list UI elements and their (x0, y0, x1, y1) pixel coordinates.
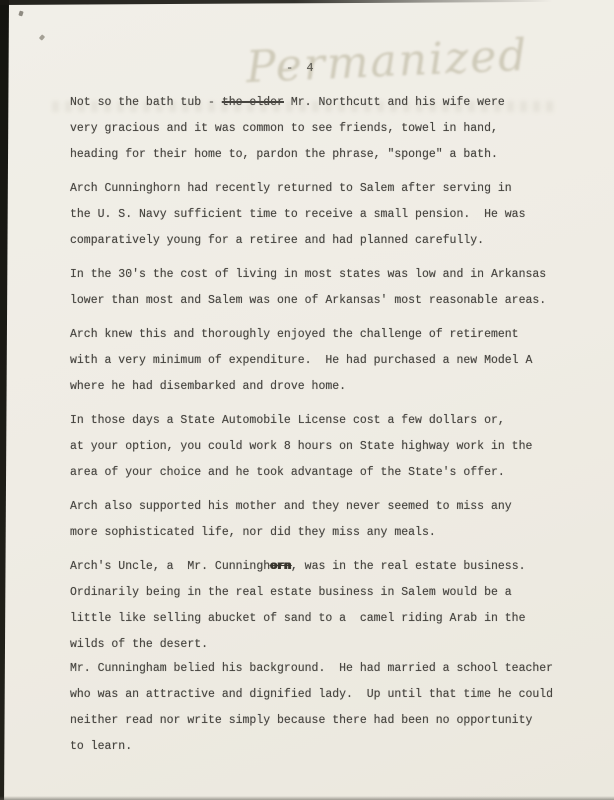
scan-edge-left (0, 0, 9, 800)
text-line: Arch Cunninghorn had recently returned t… (70, 176, 600, 202)
text-line: little like selling abucket of sand to a… (70, 606, 600, 632)
text-line: more sophisticated life, nor did they mi… (70, 520, 600, 546)
text-line: at your option, you could work 8 hours o… (70, 434, 600, 460)
scan-edge-top (0, 0, 614, 5)
document-page: Permanized - 4 Not so the bath tub - the… (0, 0, 614, 800)
text-line: very gracious and it was common to see f… (70, 116, 600, 142)
text-line: Not so the bath tub - the elder Mr. Nort… (70, 90, 600, 116)
text-line: Mr. Cunningham belied his background. He… (70, 656, 600, 682)
text-segment: , was in the real estate business. (291, 560, 526, 573)
text-line: Arch's Uncle, a Mr. Cunninghorn, was in … (70, 554, 600, 580)
text-segment: where he had disembarked and drove home. (70, 380, 346, 393)
struck-text: the elder (222, 96, 284, 109)
paragraph: Arch Cunninghorn had recently returned t… (70, 176, 600, 254)
text-segment: In those days a State Automobile License… (70, 414, 505, 427)
text-line: neither read nor write simply because th… (70, 708, 600, 734)
text-segment: at your option, you could work 8 hours o… (70, 440, 532, 453)
scan-speck (39, 34, 45, 40)
text-segment: little like selling abucket of sand to a… (70, 612, 525, 625)
text-segment: heading for their home to, pardon the ph… (70, 148, 498, 161)
scan-edge-bottom (0, 796, 614, 800)
paragraph: Arch's Uncle, a Mr. Cunninghorn, was in … (70, 554, 600, 658)
text-line: who was an attractive and dignified lady… (70, 682, 600, 708)
text-segment: Arch's Uncle, a Mr. Cunningh (70, 560, 270, 573)
text-segment: Mr. Cunningham belied his background. He… (70, 662, 553, 675)
paragraph: Mr. Cunningham belied his background. He… (70, 656, 600, 760)
text-line: with a very minimum of expenditure. He h… (70, 348, 600, 374)
text-segment: Arch knew this and thoroughly enjoyed th… (70, 328, 519, 341)
text-segment: wilds of the desert. (70, 638, 208, 651)
text-segment: very gracious and it was common to see f… (70, 122, 498, 135)
document-body: Not so the bath tub - the elder Mr. Nort… (70, 90, 600, 768)
paragraph: Not so the bath tub - the elder Mr. Nort… (70, 90, 600, 168)
text-segment: Mr. Northcutt and his wife were (284, 96, 505, 109)
text-segment: lower than most and Salem was one of Ark… (70, 294, 546, 307)
text-line: to learn. (70, 734, 600, 760)
paragraph: Arch also supported his mother and they … (70, 494, 600, 546)
text-segment: comparatively young for a retiree and ha… (70, 234, 484, 247)
text-line: In those days a State Automobile License… (70, 408, 600, 434)
paragraph: Arch knew this and thoroughly enjoyed th… (70, 322, 600, 400)
text-line: Arch knew this and thoroughly enjoyed th… (70, 322, 600, 348)
overstruck-text: orn (270, 560, 291, 573)
scan-speck (18, 11, 23, 17)
text-segment: Not so the bath tub - (70, 96, 222, 109)
text-line: lower than most and Salem was one of Ark… (70, 288, 600, 314)
text-line: In the 30's the cost of living in most s… (70, 262, 600, 288)
text-segment: area of your choice and he took advantag… (70, 466, 505, 479)
paragraph: In those days a State Automobile License… (70, 408, 600, 486)
text-line: area of your choice and he took advantag… (70, 460, 600, 486)
text-segment: Ordinarily being in the real estate busi… (70, 586, 512, 599)
page-number: - 4 (286, 61, 317, 75)
text-segment: In the 30's the cost of living in most s… (70, 268, 546, 281)
text-segment: Arch also supported his mother and they … (70, 500, 512, 513)
text-segment: Arch Cunninghorn had recently returned t… (70, 182, 512, 195)
paragraph: In the 30's the cost of living in most s… (70, 262, 600, 314)
text-segment: with a very minimum of expenditure. He h… (70, 354, 532, 367)
text-line: the U. S. Navy sufficient time to receiv… (70, 202, 600, 228)
text-segment: neither read nor write simply because th… (70, 714, 532, 727)
text-segment: more sophisticated life, nor did they mi… (70, 526, 436, 539)
text-line: Arch also supported his mother and they … (70, 494, 600, 520)
text-line: comparatively young for a retiree and ha… (70, 228, 600, 254)
text-segment: to learn. (70, 740, 132, 753)
text-line: where he had disembarked and drove home. (70, 374, 600, 400)
text-line: wilds of the desert. (70, 632, 600, 658)
text-segment: the U. S. Navy sufficient time to receiv… (70, 208, 525, 221)
text-segment: who was an attractive and dignified lady… (70, 688, 553, 701)
text-line: heading for their home to, pardon the ph… (70, 142, 600, 168)
text-line: Ordinarily being in the real estate busi… (70, 580, 600, 606)
